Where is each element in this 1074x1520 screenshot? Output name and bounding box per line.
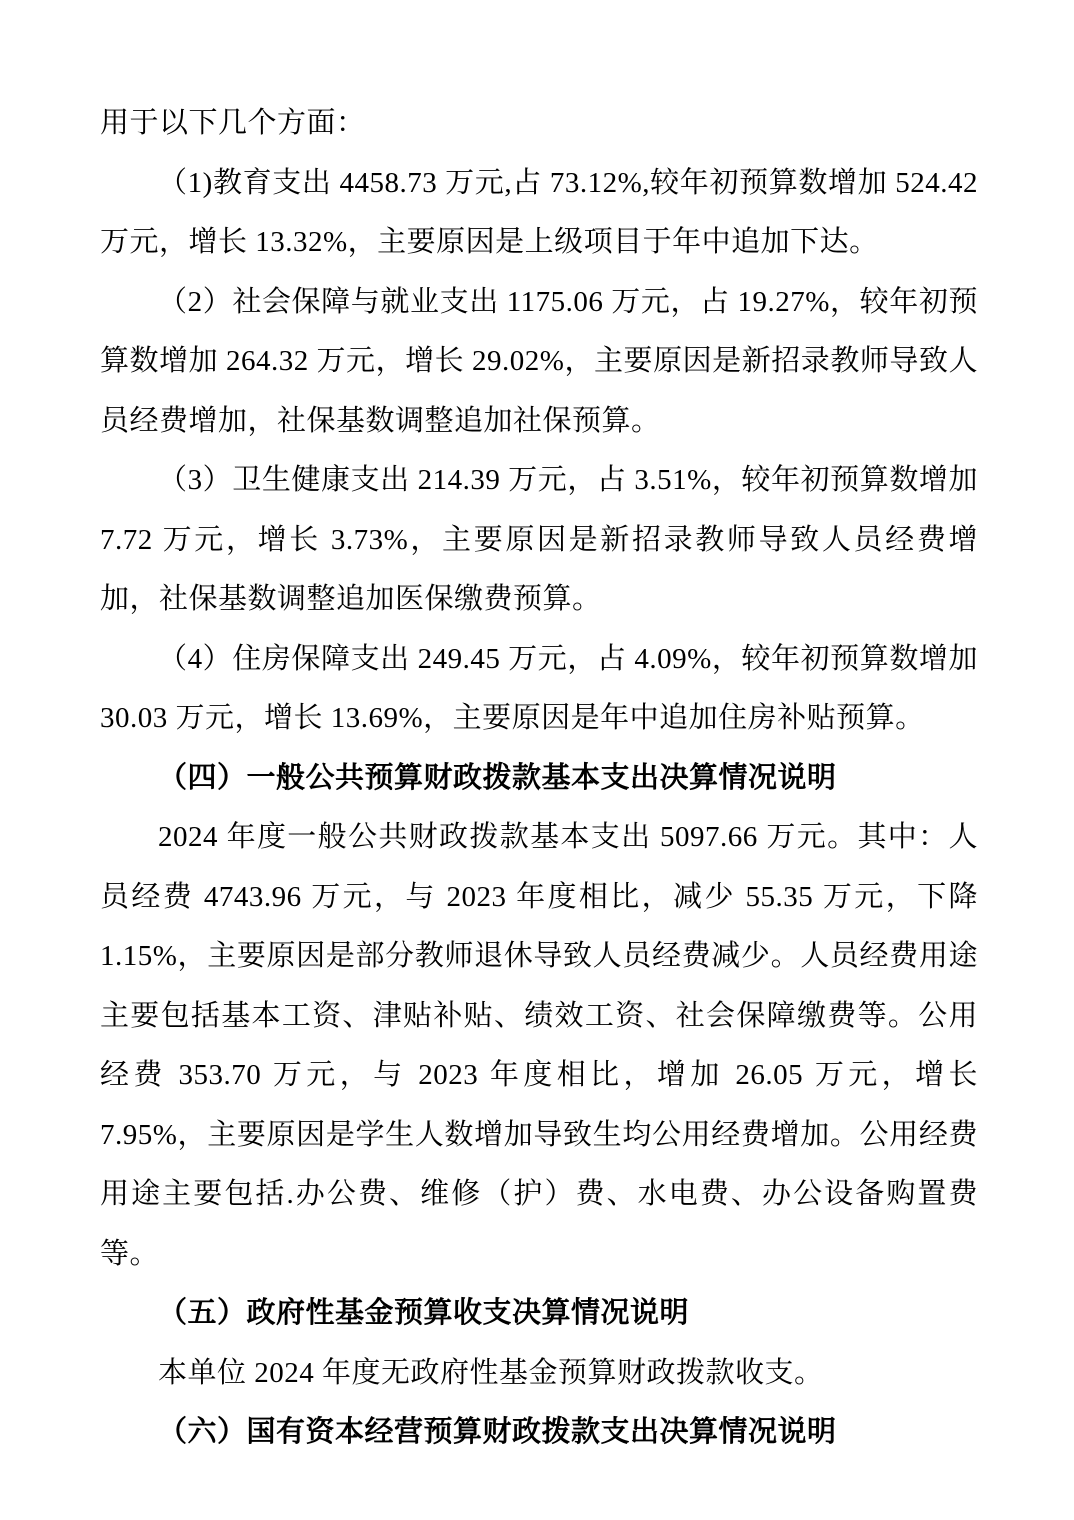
- body-paragraph-item-4: （4）住房保障支出 249.45 万元，占 4.09%，较年初预算数增加 30.…: [100, 630, 978, 749]
- body-paragraph-item-1: （1)教育支出 4458.73 万元,占 73.12%,较年初预算数增加 524…: [100, 154, 978, 273]
- body-paragraph-item-3: （3）卫生健康支出 214.39 万元，占 3.51%，较年初预算数增加 7.7…: [100, 451, 978, 630]
- document-body: 用于以下几个方面： （1)教育支出 4458.73 万元,占 73.12%,较年…: [100, 94, 978, 1463]
- body-paragraph-basic-expenditure: 2024 年度一般公共财政拨款基本支出 5097.66 万元。其中：人员经费 4…: [100, 808, 978, 1284]
- body-paragraph-government-fund: 本单位 2024 年度无政府性基金预算财政拨款收支。: [100, 1344, 978, 1404]
- body-paragraph: 用于以下几个方面：: [100, 94, 978, 154]
- section-heading-4: （四）一般公共预算财政拨款基本支出决算情况说明: [100, 749, 978, 809]
- document-page: 用于以下几个方面： （1)教育支出 4458.73 万元,占 73.12%,较年…: [0, 0, 1074, 1520]
- section-heading-6: （六）国有资本经营预算财政拨款支出决算情况说明: [100, 1403, 978, 1463]
- section-heading-5: （五）政府性基金预算收支决算情况说明: [100, 1284, 978, 1344]
- body-paragraph-item-2: （2）社会保障与就业支出 1175.06 万元，占 19.27%，较年初预算数增…: [100, 273, 978, 452]
